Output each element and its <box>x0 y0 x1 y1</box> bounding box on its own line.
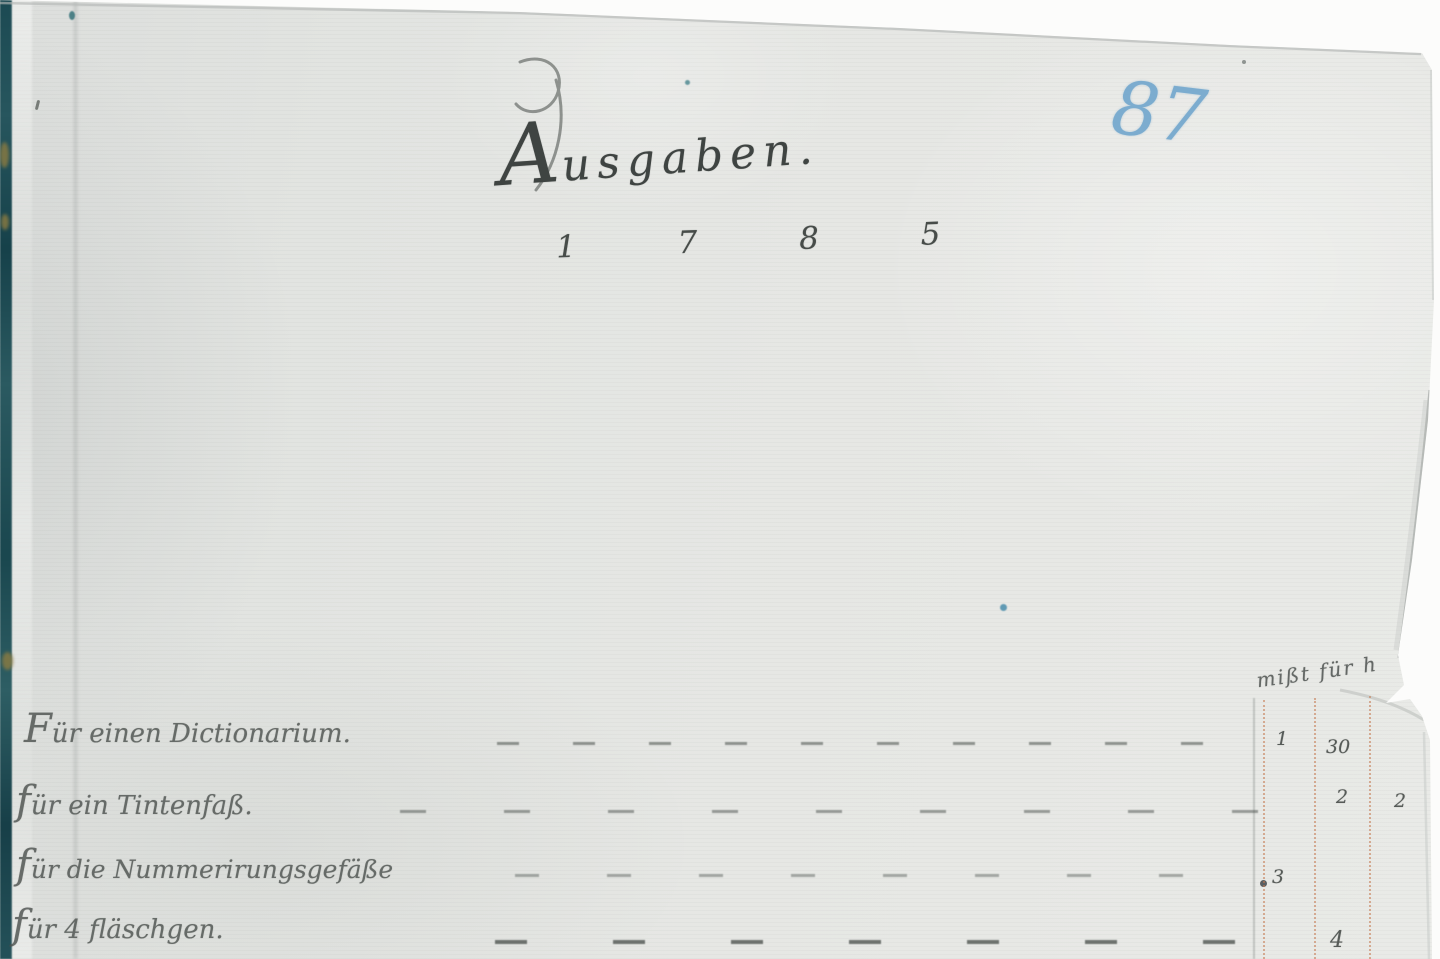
blue-ink-dot <box>1000 604 1007 611</box>
paper-sheet: Ausgaben. 1 7 8 5 87 mißt für h Für eine… <box>0 0 1440 959</box>
dark-speck <box>1124 31 1130 38</box>
stray-ink-mark <box>35 100 40 110</box>
entry-text: für ein Tintenfaß. <box>16 778 253 824</box>
entry-amount: 2 <box>1394 790 1406 812</box>
dash-leader <box>497 742 1255 745</box>
page-number-annotation: 87 <box>1107 65 1211 162</box>
dark-speck <box>1242 60 1246 64</box>
binding-stain <box>1 214 9 230</box>
entry-amount: 4 <box>1330 928 1344 953</box>
dash-leader <box>495 940 1253 944</box>
teal-speck <box>69 11 75 20</box>
column-rule <box>1314 698 1318 959</box>
column-rule <box>1369 696 1373 959</box>
entry-amount: 2 <box>1336 786 1348 808</box>
amount-box-left-rule <box>1253 698 1255 959</box>
entry-amount: 3 <box>1272 866 1284 888</box>
binding-stain <box>0 142 9 168</box>
scanned-manuscript-page: { "document": { "page_number": "87", "ti… <box>0 0 1440 959</box>
entry-amount: 1 <box>1276 728 1288 750</box>
column-rule <box>1263 700 1267 959</box>
entry-text: Für einen Dictionarium. <box>24 706 351 752</box>
page-title: Ausgaben. <box>495 85 822 205</box>
binding-stain <box>2 652 13 670</box>
entry-amount: 30 <box>1326 736 1350 758</box>
entry-text: für die Nummerirungsgefäße <box>16 842 393 888</box>
dash-leader <box>400 810 1258 813</box>
amount-column-header: mißt für h <box>1255 652 1379 693</box>
teal-speck <box>685 80 690 85</box>
entry-text: für 4 fläschgen. <box>12 902 224 948</box>
year-heading: 1 7 8 5 <box>556 214 987 265</box>
dash-leader <box>515 874 1241 877</box>
